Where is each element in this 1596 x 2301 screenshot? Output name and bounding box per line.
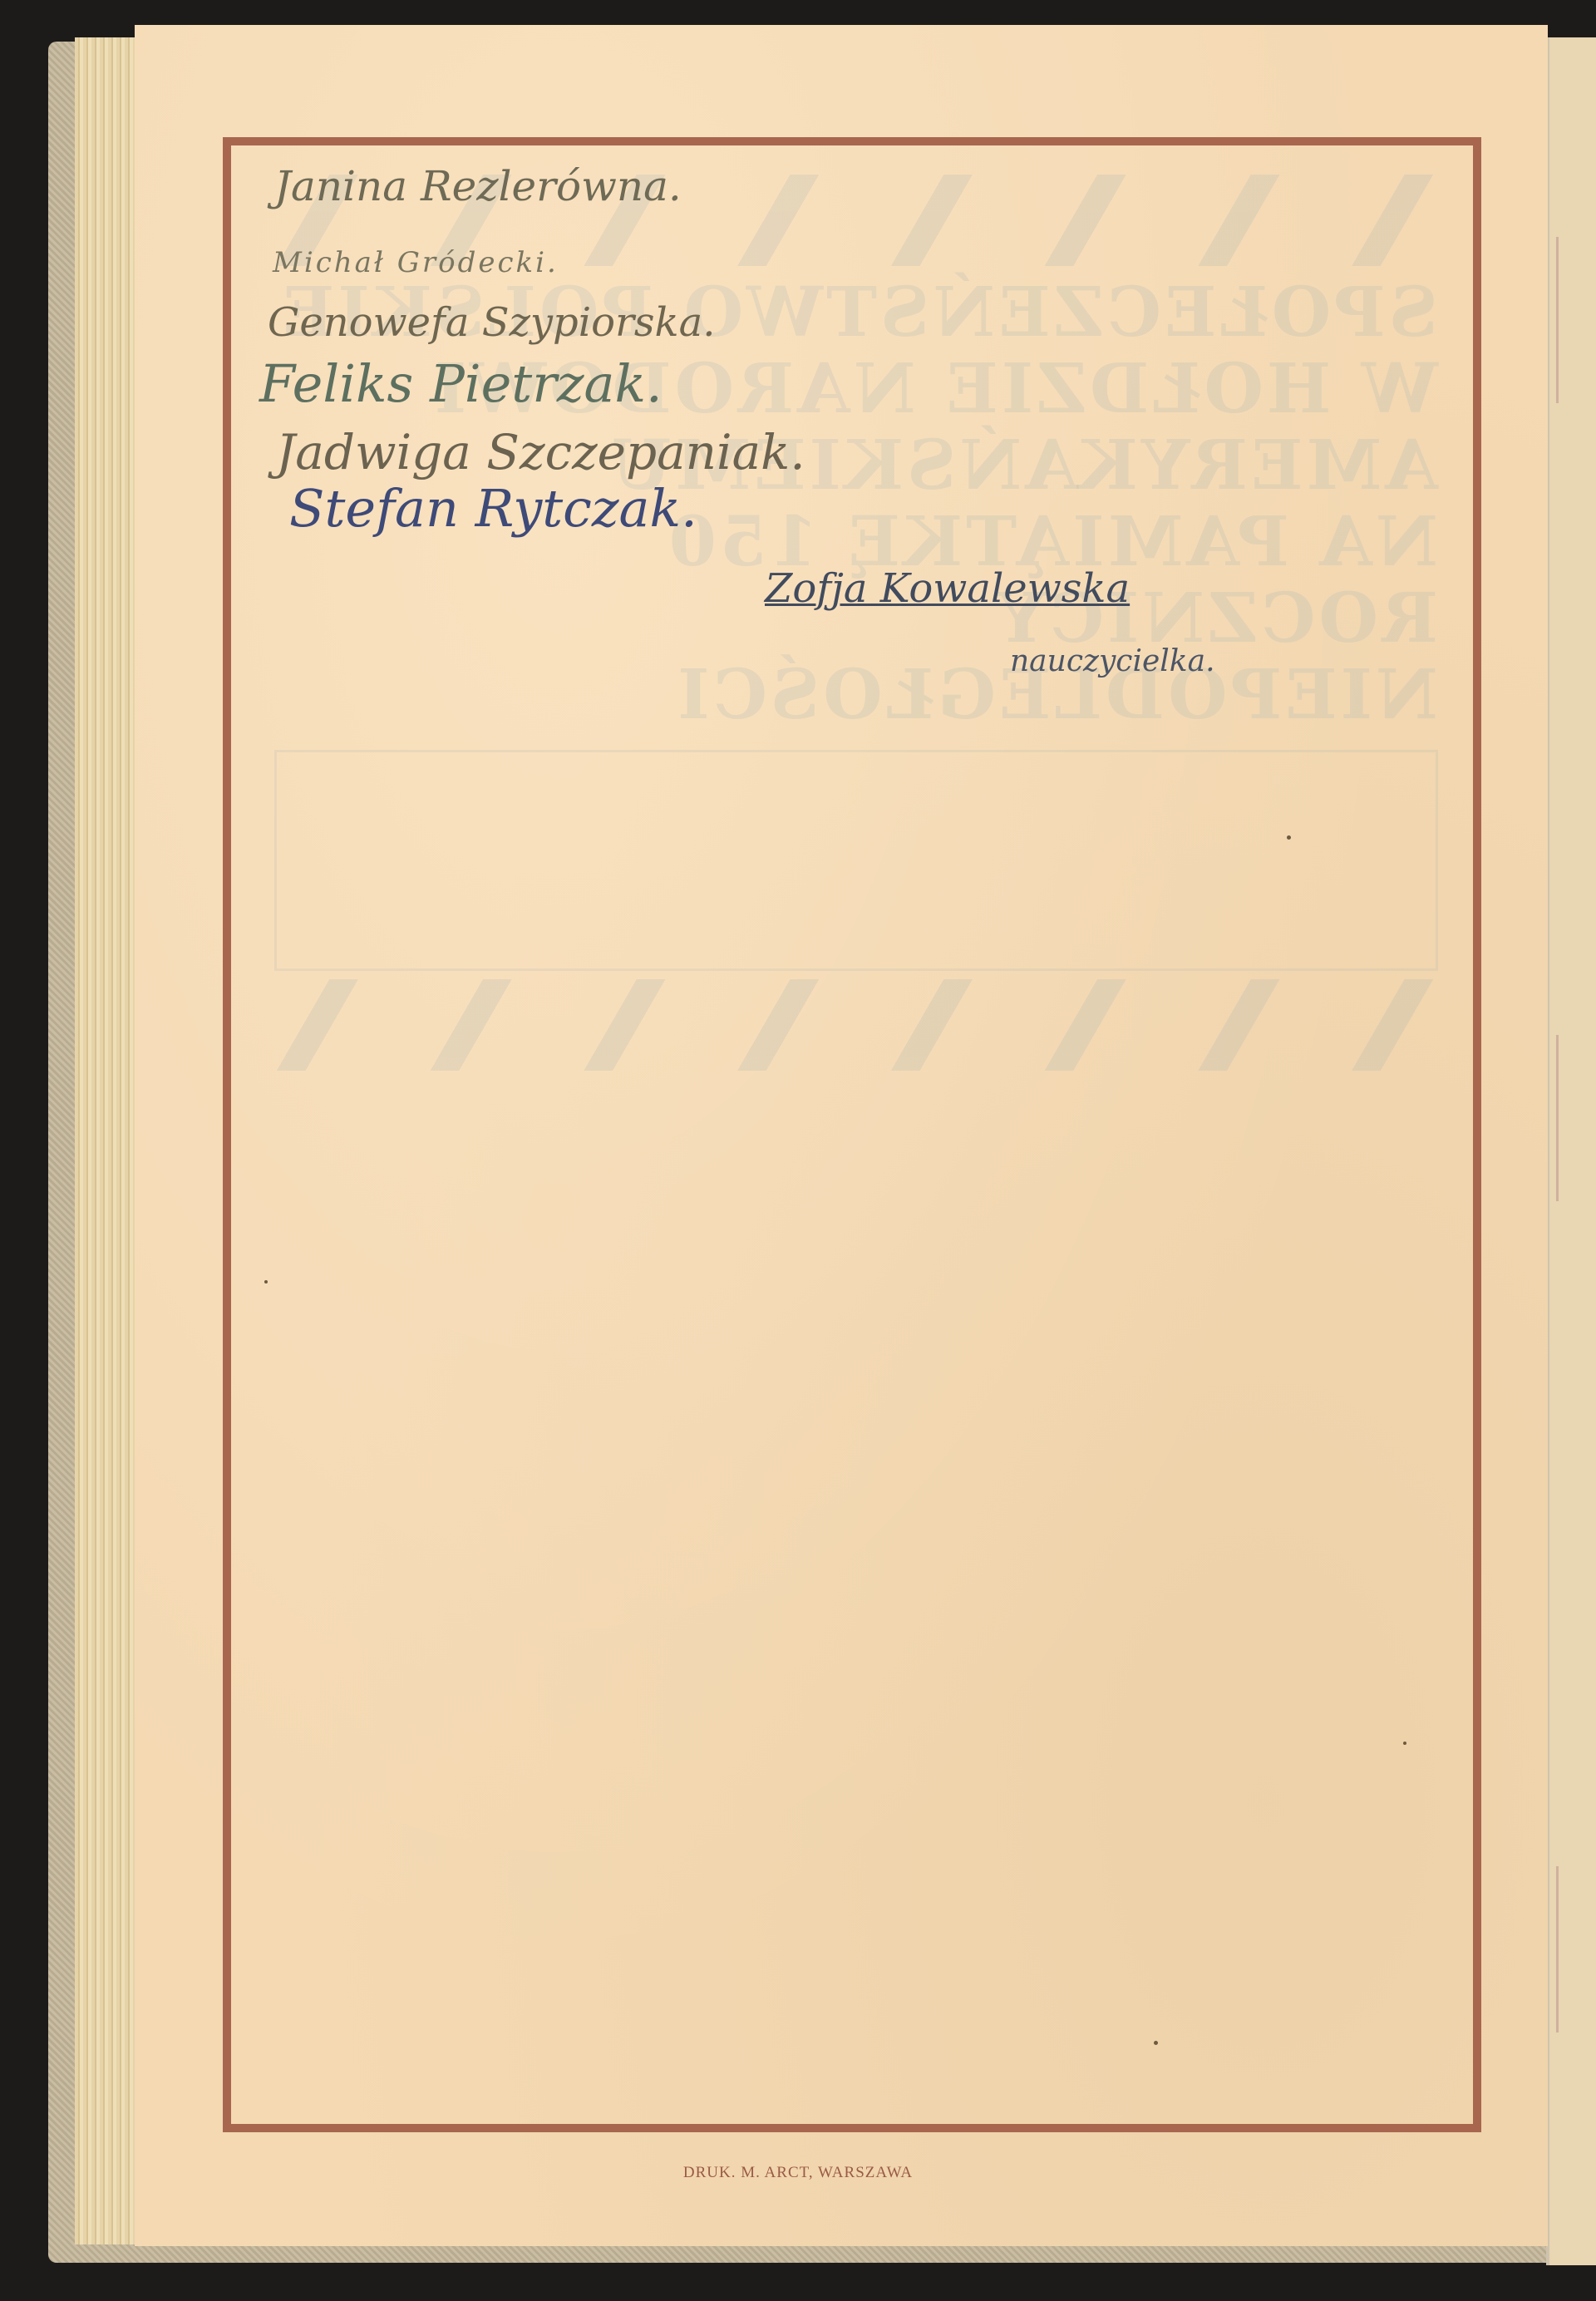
paper-speck xyxy=(1154,2041,1158,2045)
signature-jadwiga-szczepaniak: Jadwiga Szczepaniak. xyxy=(276,424,805,480)
facing-page-fragment xyxy=(1556,1866,1592,2032)
signature-zofja-kowalewska: Zofja Kowalewska xyxy=(765,565,1130,612)
signature-feliks-pietrzak: Feliks Pietrzak. xyxy=(259,353,663,414)
signature-janina-rezlerowna: Janina Rezlerówna. xyxy=(274,162,682,210)
facing-page-fragment xyxy=(1556,237,1592,403)
facing-page-fragment xyxy=(1556,1035,1592,1201)
printer-imprint: DRUK. M. ARCT, WARSZAWA xyxy=(0,2164,1596,2182)
signature-michal-grodecki: Michał Gródecki. xyxy=(273,246,559,279)
paper-speck xyxy=(1287,835,1291,840)
paper-speck xyxy=(264,1280,268,1284)
signature-stefan-rytczak: Stefan Rytczak. xyxy=(289,478,697,539)
page-stack-edges xyxy=(75,37,137,2244)
facing-page-edge xyxy=(1546,37,1596,2265)
signature-title-nauczycielka: nauczycielka. xyxy=(1010,644,1215,678)
paper-speck xyxy=(1403,1742,1406,1745)
signature-genowefa-szypiorska: Genowefa Szypiorska. xyxy=(268,299,716,346)
